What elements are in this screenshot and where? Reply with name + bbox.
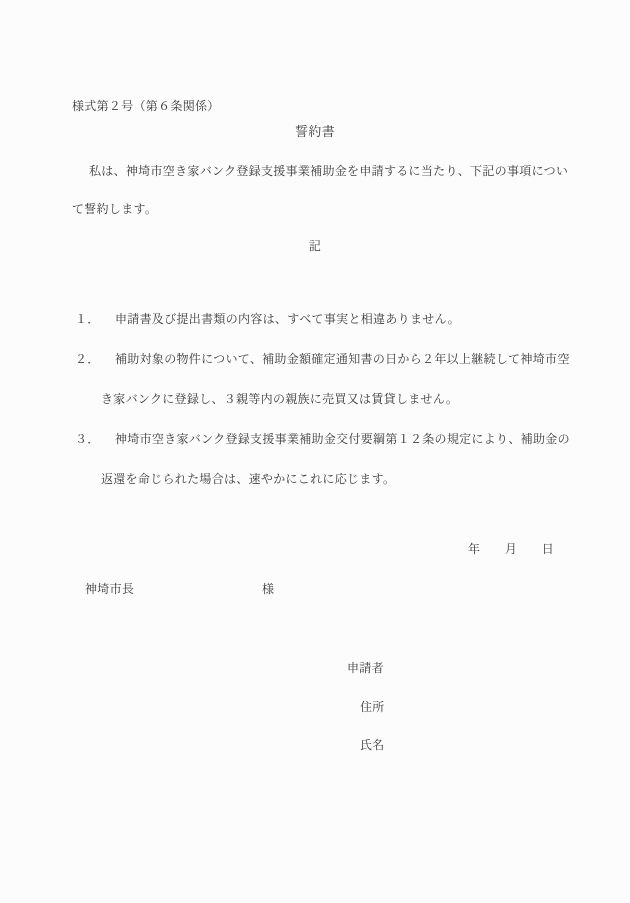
- applicant-label: 申請者: [347, 661, 384, 676]
- addressee: 神埼市長: [85, 582, 134, 597]
- item-2-number: ２．: [75, 352, 100, 367]
- item-3-line-2: 返還を命じられた場合は、速やかにこれに応じます。: [101, 472, 395, 487]
- date-line: 年 月 日: [468, 542, 554, 557]
- intro-line-1: 私は、神埼市空き家バンク登録支援事業補助金を申請するに当たり、下記の事項につい: [89, 164, 568, 179]
- name-label: 氏名: [360, 738, 385, 753]
- item-2-line-2: き家バンクに登録し、３親等内の親族に売買又は賃貸しません。: [101, 392, 458, 407]
- pledge-document-page: 様式第２号（第６条関係） 誓約書 私は、神埼市空き家バンク登録支援事業補助金を申…: [0, 0, 630, 903]
- record-marker: 記: [0, 239, 630, 254]
- form-number: 様式第２号（第６条関係）: [72, 99, 220, 114]
- item-1-text: 申請書及び提出書類の内容は、すべて事実と相違ありません。: [115, 312, 460, 327]
- intro-line-2: て誓約します。: [72, 202, 157, 217]
- item-1-number: １．: [75, 312, 100, 327]
- document-title: 誓約書: [0, 125, 630, 140]
- honorific-sama: 様: [262, 582, 274, 597]
- address-label: 住所: [360, 700, 385, 715]
- item-2-line-1: 補助対象の物件について、補助金額確定通知書の日から２年以上継続して神埼市空: [115, 352, 570, 367]
- item-3-line-1: 神埼市空き家バンク登録支援事業補助金交付要綱第１２条の規定により、補助金の: [115, 432, 570, 447]
- item-3-number: ３．: [75, 432, 100, 447]
